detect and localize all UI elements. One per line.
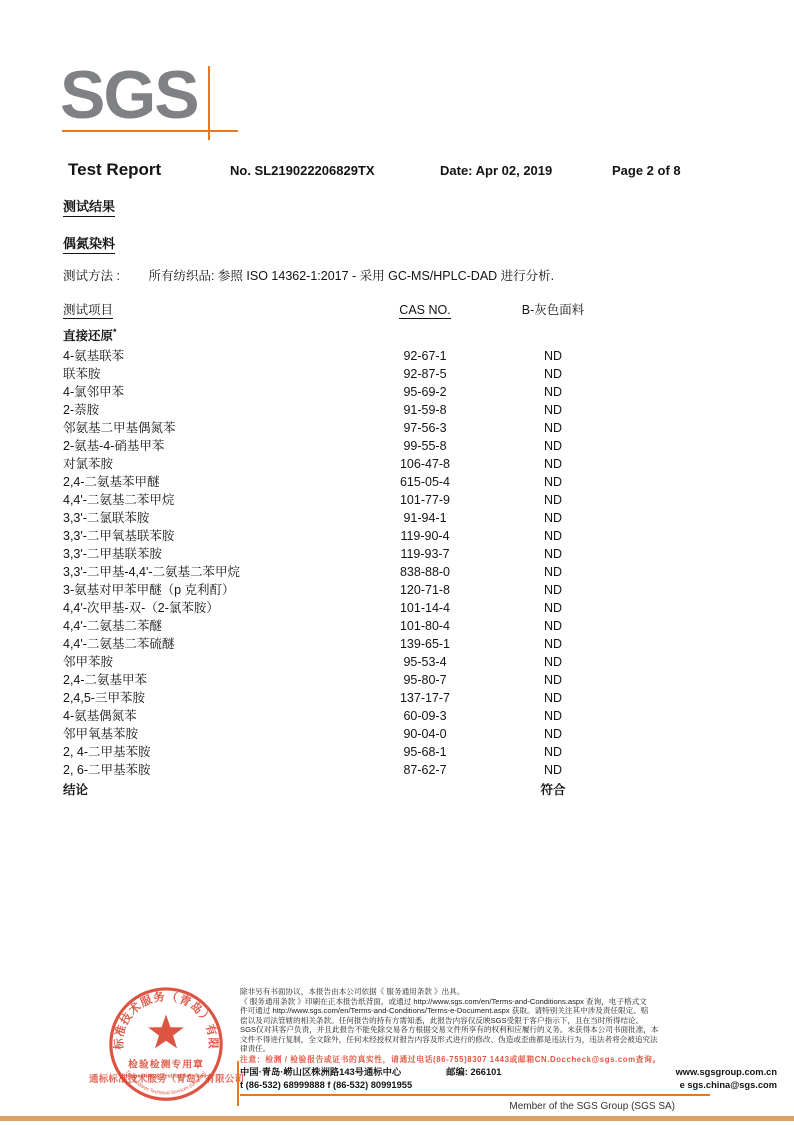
- company-seal: 通标标准技术服务（青岛）有限公司 检验检测专用章 Inspection & Te…: [92, 982, 240, 1115]
- seal-title-text: 检验检测专用章: [128, 1058, 204, 1071]
- table-row: 2,4-二氨基苯甲醚 615-05-4 ND: [63, 473, 613, 491]
- table-row: 对氯苯胺 106-47-8 ND: [63, 455, 613, 473]
- result-value: ND: [495, 545, 611, 563]
- phone-fax: t (86-532) 68999888 f (86-532) 80991955: [240, 1080, 412, 1091]
- terms-line: 件可通过 http://www.sgs.com/en/Terms-and-Con…: [240, 1006, 777, 1016]
- terms-line: 《 服务通用条款 》印刷在正本报告纸背面，或通过 http://www.sgs.…: [240, 997, 777, 1007]
- table-rows: 4-氨基联苯 92-67-1 ND 联苯胺 92-87-5 ND 4-氯邻甲苯 …: [63, 347, 613, 779]
- cas-number: 99-55-8: [355, 437, 495, 455]
- substance-name: 3,3'-二甲氧基联苯胺: [63, 527, 355, 545]
- substance-name: 联苯胺: [63, 365, 355, 383]
- terms-line: SGS仅对其客户负责，并且此报告不能免除交易各方根据交易文件所享有的权利和应履行…: [240, 1025, 777, 1035]
- substance-name: 2-萘胺: [63, 401, 355, 419]
- result-value: ND: [495, 617, 611, 635]
- substance-name: 4,4'-二氨基二苯甲烷: [63, 491, 355, 509]
- substance-name: 邻甲氧基苯胺: [63, 725, 355, 743]
- star-icon: [148, 1015, 184, 1049]
- table-group-row: 直接还原*: [63, 322, 613, 347]
- result-value: ND: [495, 491, 611, 509]
- website-url: www.sgsgroup.com.cn: [676, 1067, 777, 1078]
- page-bottom-strip: [0, 1116, 794, 1121]
- substance-name: 3-氨基对甲苯甲醚（p 克利酊）: [63, 581, 355, 599]
- results-table: 测试项目 CAS NO. B-灰色面料 直接还原* 4-氨基联苯 92-67-1…: [63, 300, 613, 800]
- azo-dyes-heading-text: 偶氮染料: [63, 233, 115, 254]
- substance-name: 2,4-二氨基苯甲醚: [63, 473, 355, 491]
- table-row: 4,4'-二氨基二苯甲烷 101-77-9 ND: [63, 491, 613, 509]
- column-header-item: 测试项目: [63, 300, 355, 320]
- table-row: 2-氨基-4-硝基甲苯 99-55-8 ND: [63, 437, 613, 455]
- table-row: 3,3'-二氯联苯胺 91-94-1 ND: [63, 509, 613, 527]
- footer-vertical-divider: [237, 1061, 239, 1106]
- result-value: ND: [495, 563, 611, 581]
- table-row: 邻甲氧基苯胺 90-04-0 ND: [63, 725, 613, 743]
- cas-number: 120-71-8: [355, 581, 495, 599]
- sgs-logo: SGS: [60, 62, 198, 128]
- substance-name: 4-氨基联苯: [63, 347, 355, 365]
- cas-number: 87-62-7: [355, 761, 495, 779]
- table-row: 2-萘胺 91-59-8 ND: [63, 401, 613, 419]
- result-value: ND: [495, 743, 611, 761]
- cas-number: 91-94-1: [355, 509, 495, 527]
- terms-paragraph: 除非另有书面协议，本报告由本公司依据《 服务通用条款 》出具。 《 服务通用条款…: [240, 987, 777, 1054]
- terms-line: 律责任。: [240, 1044, 777, 1054]
- result-value: ND: [495, 671, 611, 689]
- table-row: 3,3'-二甲基联苯胺 119-93-7 ND: [63, 545, 613, 563]
- postcode: 邮编: 266101: [446, 1067, 501, 1078]
- substance-name: 3,3'-二甲基联苯胺: [63, 545, 355, 563]
- column-header-result: B-灰色面料: [495, 300, 611, 320]
- substance-name: 4-氨基偶氮苯: [63, 707, 355, 725]
- cas-number: 95-80-7: [355, 671, 495, 689]
- footer-divider-line: [240, 1094, 710, 1096]
- table-row: 2, 4-二甲基苯胺 95-68-1 ND: [63, 743, 613, 761]
- terms-line: 除非另有书面协议，本报告由本公司依据《 服务通用条款 》出具。: [240, 987, 777, 997]
- cas-number: 119-93-7: [355, 545, 495, 563]
- table-row: 4-氯邻甲苯 95-69-2 ND: [63, 383, 613, 401]
- company-address: 中国·青岛·崂山区株洲路143号通标中心: [240, 1067, 401, 1078]
- conclusion-value: 符合: [495, 781, 611, 800]
- group-footnote-mark: *: [113, 327, 117, 337]
- result-value: ND: [495, 419, 611, 437]
- result-value: ND: [495, 581, 611, 599]
- substance-name: 2-氨基-4-硝基甲苯: [63, 437, 355, 455]
- cas-number: 615-05-4: [355, 473, 495, 491]
- table-row: 4,4'-次甲基-双-（2-氯苯胺） 101-14-4 ND: [63, 599, 613, 617]
- report-date: Date: Apr 02, 2019: [440, 163, 552, 178]
- result-value: ND: [495, 689, 611, 707]
- cas-number: 92-67-1: [355, 347, 495, 365]
- substance-name: 邻氨基二甲基偶氮苯: [63, 419, 355, 437]
- conclusion-row: 结论 符合: [63, 781, 613, 800]
- result-value: ND: [495, 383, 611, 401]
- footer-text-block: 除非另有书面协议，本报告由本公司依据《 服务通用条款 》出具。 《 服务通用条款…: [240, 987, 777, 1112]
- result-value: ND: [495, 725, 611, 743]
- cas-number: 101-77-9: [355, 491, 495, 509]
- page-indicator: Page 2 of 8: [612, 163, 681, 178]
- result-value: ND: [495, 653, 611, 671]
- cas-number: 97-56-3: [355, 419, 495, 437]
- table-row: 3-氨基对甲苯甲醚（p 克利酊） 120-71-8 ND: [63, 581, 613, 599]
- cas-number: 60-09-3: [355, 707, 495, 725]
- substance-name: 4,4'-次甲基-双-（2-氯苯胺）: [63, 599, 355, 617]
- cas-number: 119-90-4: [355, 527, 495, 545]
- cas-number: 95-53-4: [355, 653, 495, 671]
- column-header-cas: CAS NO.: [355, 300, 495, 320]
- table-row: 2, 6-二甲基苯胺 87-62-7 ND: [63, 761, 613, 779]
- cas-number: 106-47-8: [355, 455, 495, 473]
- cas-number: 95-68-1: [355, 743, 495, 761]
- substance-name: 4,4'-二氨基二苯硫醚: [63, 635, 355, 653]
- cas-number: 101-14-4: [355, 599, 495, 617]
- cas-number: 90-04-0: [355, 725, 495, 743]
- substance-name: 3,3'-二氯联苯胺: [63, 509, 355, 527]
- substance-name: 对氯苯胺: [63, 455, 355, 473]
- result-value: ND: [495, 437, 611, 455]
- table-row: 4-氨基联苯 92-67-1 ND: [63, 347, 613, 365]
- cas-number: 838-88-0: [355, 563, 495, 581]
- table-row: 3,3'-二甲氧基联苯胺 119-90-4 ND: [63, 527, 613, 545]
- terms-line: 文件不得进行复制，全文除外，任何未经授权对报告内容及形式进行的修改、伪造或歪曲都…: [240, 1035, 777, 1045]
- email-address: e sgs.china@sgs.com: [680, 1080, 777, 1091]
- result-value: ND: [495, 455, 611, 473]
- results-heading-text: 测试结果: [63, 196, 115, 217]
- sgs-member-note: Member of the SGS Group (SGS SA): [240, 1101, 710, 1112]
- result-value: ND: [495, 599, 611, 617]
- result-value: ND: [495, 347, 611, 365]
- terms-line: 偿以及司法管辖的相关条款。任何报告的持有方需知悉，此报告内容仅反映SGS受限于客…: [240, 1016, 777, 1026]
- table-header-row: 测试项目 CAS NO. B-灰色面料: [63, 300, 613, 320]
- report-title: Test Report: [68, 160, 161, 180]
- cas-number: 95-69-2: [355, 383, 495, 401]
- result-value: ND: [495, 401, 611, 419]
- result-value: ND: [495, 635, 611, 653]
- table-row: 4,4'-二氨基二苯醚 101-80-4 ND: [63, 617, 613, 635]
- method-text: 所有纺织品: 参照 ISO 14362-1:2017 - 采用 GC-MS/HP…: [148, 269, 554, 283]
- address-row: 中国·青岛·崂山区株洲路143号通标中心 邮编: 266101 www.sgsg…: [240, 1067, 777, 1078]
- conclusion-label: 结论: [63, 781, 355, 800]
- test-method-line: 测试方法 : 所有纺织品: 参照 ISO 14362-1:2017 - 采用 G…: [63, 266, 554, 284]
- table-row: 邻氨基二甲基偶氮苯 97-56-3 ND: [63, 419, 613, 437]
- table-row: 3,3'-二甲基-4,4'-二氨基二苯甲烷 838-88-0 ND: [63, 563, 613, 581]
- phone-row: t (86-532) 68999888 f (86-532) 80991955 …: [240, 1080, 777, 1091]
- method-label: 测试方法 :: [63, 266, 145, 284]
- cas-number: 91-59-8: [355, 401, 495, 419]
- table-row: 4,4'-二氨基二苯硫醚 139-65-1 ND: [63, 635, 613, 653]
- title-bar: Test Report No. SL219022206829TX Date: A…: [0, 160, 794, 182]
- table-row: 4-氨基偶氮苯 60-09-3 ND: [63, 707, 613, 725]
- substance-name: 2, 6-二甲基苯胺: [63, 761, 355, 779]
- result-value: ND: [495, 473, 611, 491]
- result-value: ND: [495, 509, 611, 527]
- azo-dyes-heading: 偶氮染料: [63, 233, 115, 254]
- substance-name: 3,3'-二甲基-4,4'-二氨基二苯甲烷: [63, 563, 355, 581]
- results-heading: 测试结果: [63, 196, 115, 217]
- table-row: 邻甲苯胺 95-53-4 ND: [63, 653, 613, 671]
- substance-name: 2, 4-二甲基苯胺: [63, 743, 355, 761]
- result-value: ND: [495, 761, 611, 779]
- substance-name: 2,4-二氨基甲苯: [63, 671, 355, 689]
- group-label: 直接还原: [63, 329, 113, 343]
- cas-number: 137-17-7: [355, 689, 495, 707]
- table-row: 2,4,5-三甲苯胺 137-17-7 ND: [63, 689, 613, 707]
- logo-underline: [62, 130, 238, 132]
- cas-number: 92-87-5: [355, 365, 495, 383]
- seal-overlay-company-text: 通标标准技术服务（青岛）有限公司: [89, 1071, 244, 1085]
- conclusion-spacer: [355, 781, 495, 800]
- table-row: 2,4-二氨基甲苯 95-80-7 ND: [63, 671, 613, 689]
- substance-name: 邻甲苯胺: [63, 653, 355, 671]
- result-value: ND: [495, 707, 611, 725]
- authenticity-notice: 注意：检测 / 检验报告或证书的真实性，请通过电话(86-755)8307 14…: [240, 1055, 777, 1065]
- logo-vertical-line: [208, 66, 210, 140]
- substance-name: 4-氯邻甲苯: [63, 383, 355, 401]
- substance-name: 4,4'-二氨基二苯醚: [63, 617, 355, 635]
- result-value: ND: [495, 527, 611, 545]
- table-row: 联苯胺 92-87-5 ND: [63, 365, 613, 383]
- cas-number: 139-65-1: [355, 635, 495, 653]
- report-number: No. SL219022206829TX: [230, 163, 375, 178]
- cas-number: 101-80-4: [355, 617, 495, 635]
- result-value: ND: [495, 365, 611, 383]
- substance-name: 2,4,5-三甲苯胺: [63, 689, 355, 707]
- report-page: SGS Test Report No. SL219022206829TX Dat…: [0, 0, 794, 1125]
